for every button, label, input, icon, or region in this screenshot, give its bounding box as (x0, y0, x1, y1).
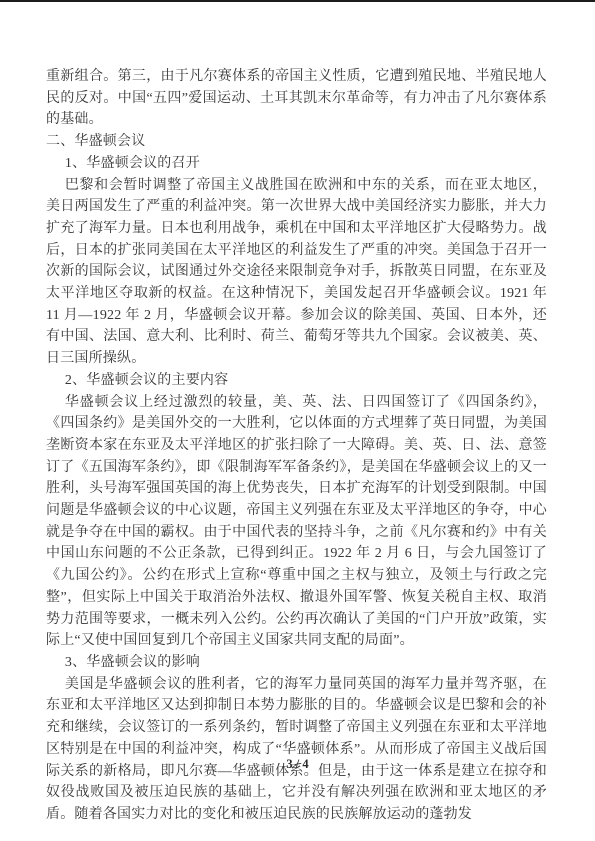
sub-heading: 3、华盛顿会议的影响 (46, 652, 547, 674)
paragraph: 华盛顿会议上经过激烈的较量，美、英、法、日四国签订了《四国条约》，《四国条约》是… (46, 392, 547, 652)
sub-heading: 2、华盛顿会议的主要内容 (46, 370, 547, 392)
page-top-edge (0, 0, 595, 2)
section-heading: 二、华盛顿会议 (46, 131, 547, 153)
document-body: 重新组合。第三，由于凡尔赛体系的帝国主义性质，它遭到殖民地、半殖民地人民的反对。… (46, 66, 547, 826)
paragraph: 美国是华盛顿会议的胜利者，它的海军力量同英国的海军力量并驾齐驱，在东亚和太平洋地… (46, 674, 547, 826)
sub-heading: 1、华盛顿会议的召开 (46, 153, 547, 175)
paragraph: 重新组合。第三，由于凡尔赛体系的帝国主义性质，它遭到殖民地、半殖民地人民的反对。… (46, 66, 547, 131)
document-page: 重新组合。第三，由于凡尔赛体系的帝国主义性质，它遭到殖民地、半殖民地人民的反对。… (0, 0, 595, 841)
page-number: 3 / 4 (0, 757, 595, 772)
paragraph: 巴黎和会暂时调整了帝国主义战胜国在欧洲和中东的关系，而在亚太地区，美日两国发生了… (46, 175, 547, 370)
